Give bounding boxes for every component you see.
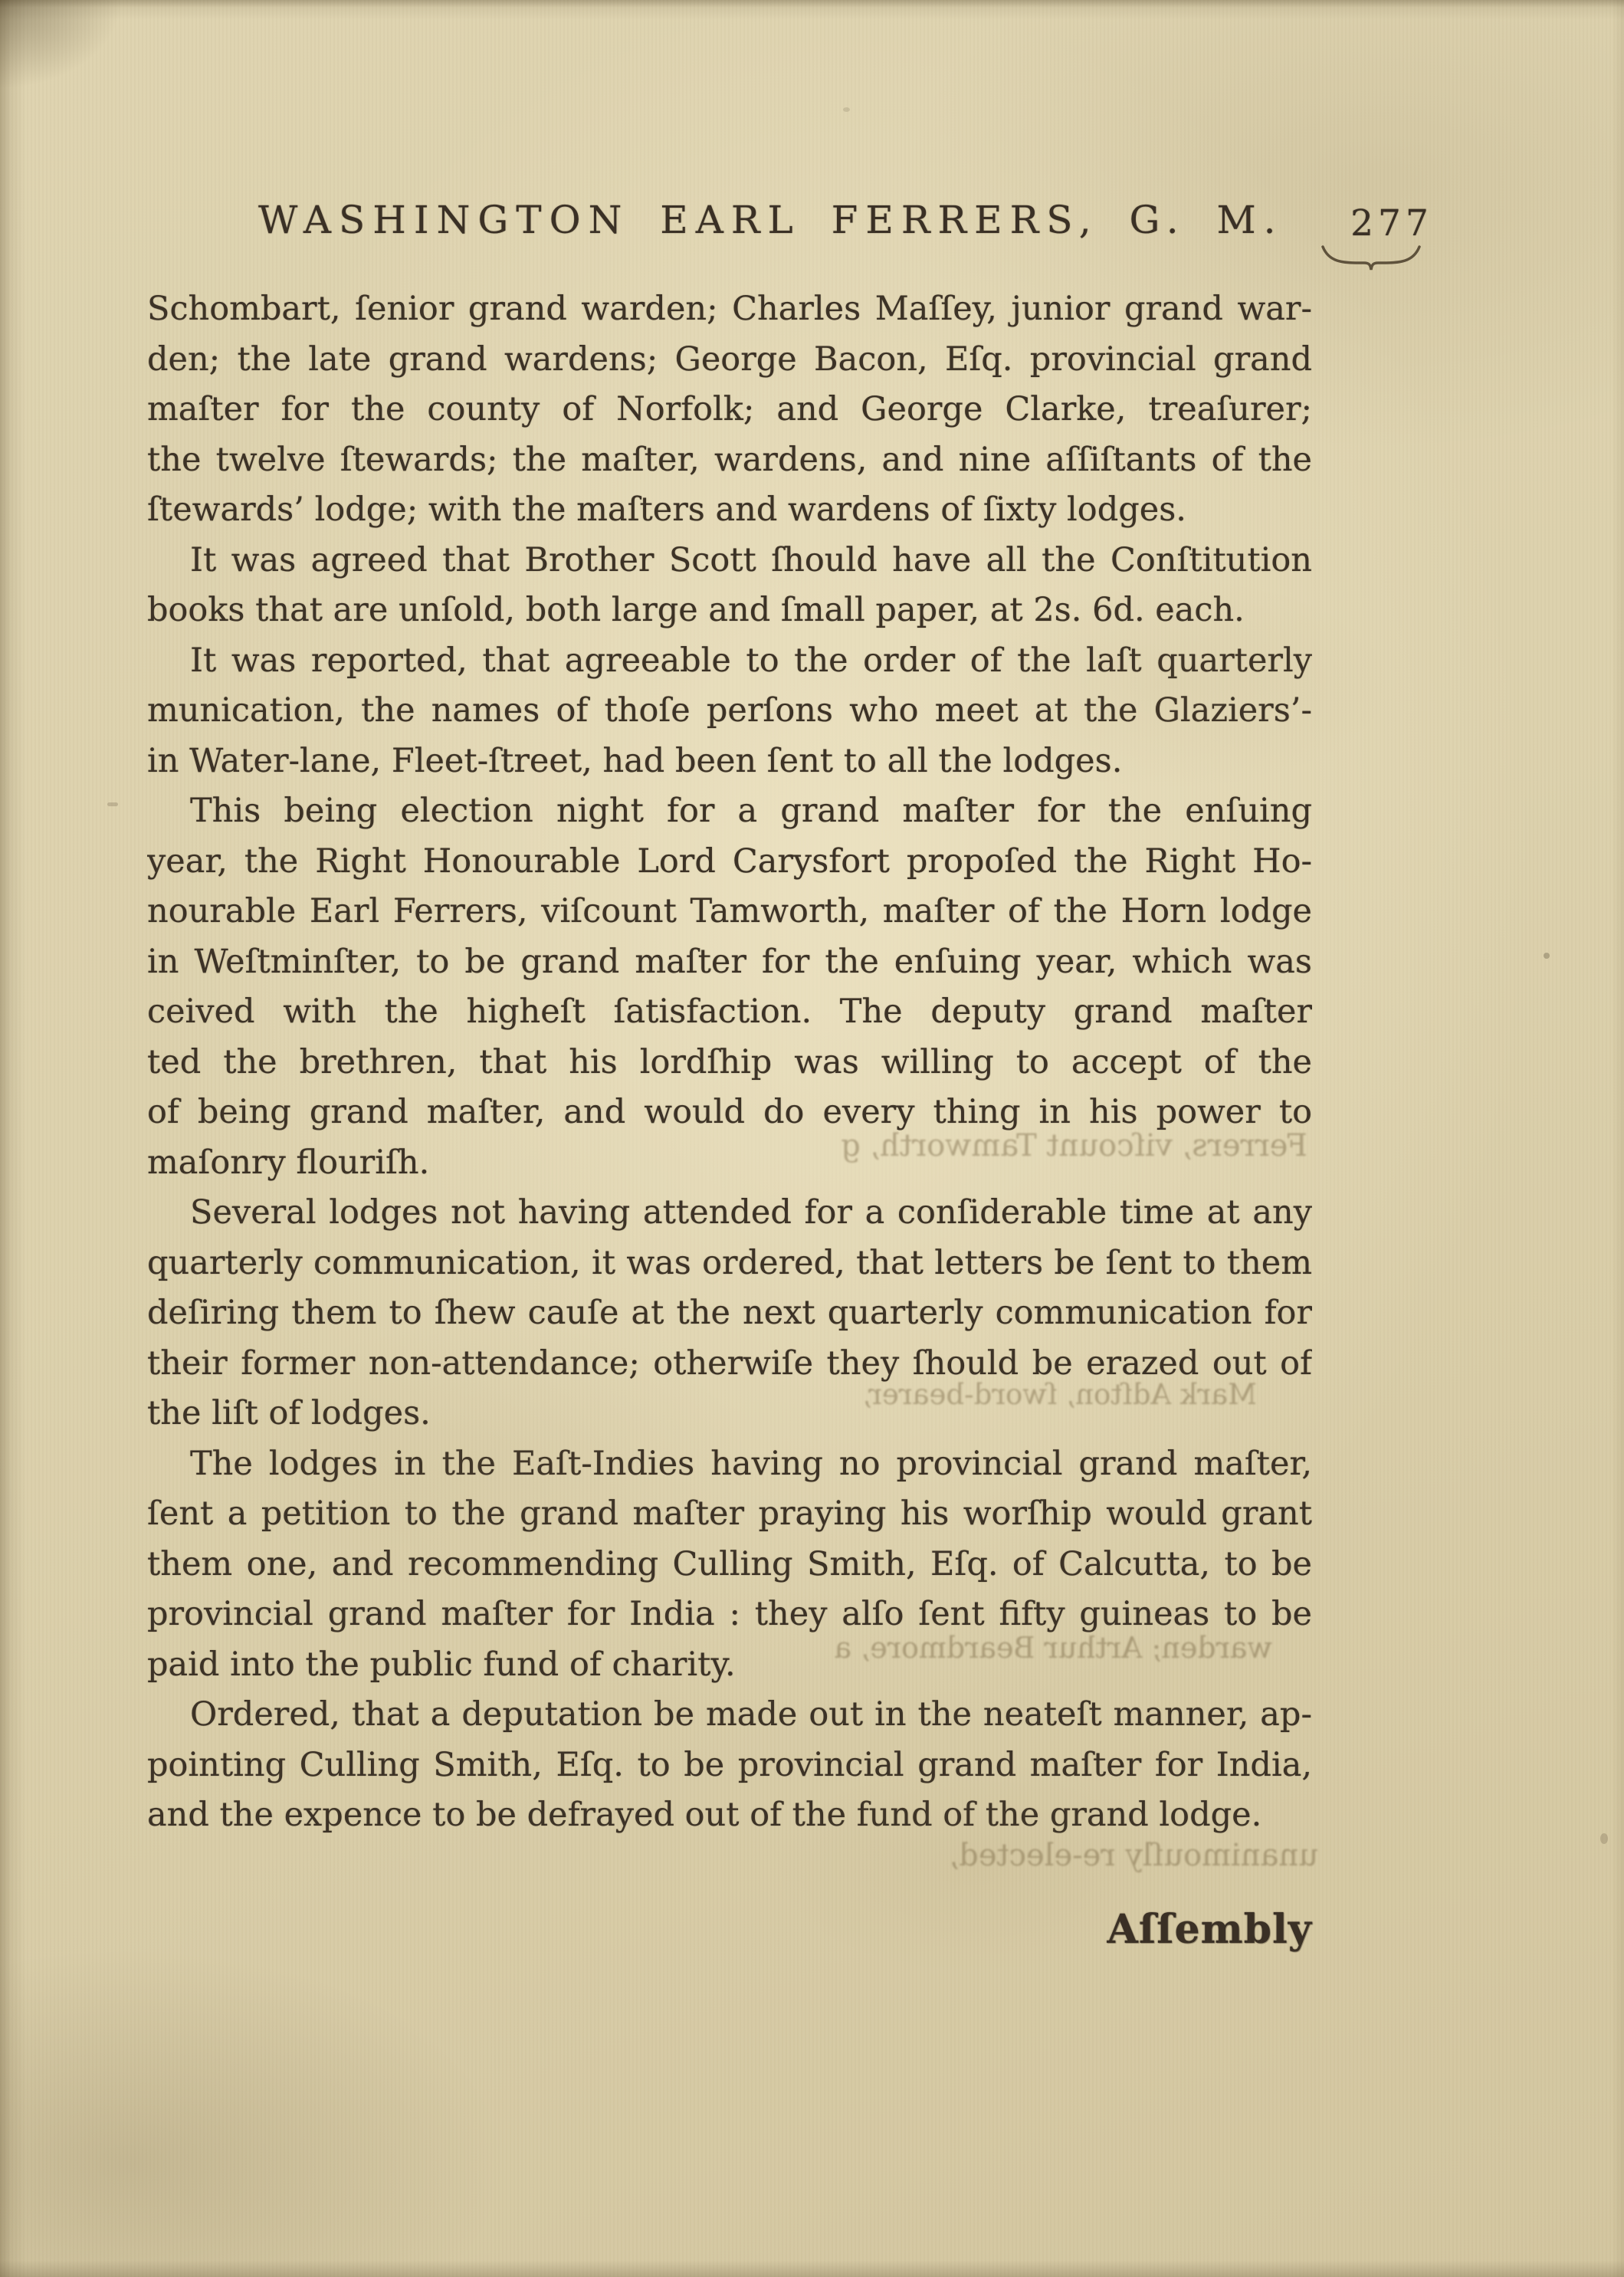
bleedthrough-text: Ferrers, viſcount Tamworth, g bbox=[766, 1128, 1307, 1163]
ink-speck bbox=[1600, 1833, 1608, 1844]
text-line: the twelve ſtewards; the maſter, wardens… bbox=[147, 435, 1312, 486]
text-line: It was reported, that agreeable to the o… bbox=[147, 636, 1312, 687]
text-line: Several lodges not having attended for a… bbox=[147, 1188, 1312, 1239]
text-line: pointing Culling Smith, Eſq. to be provi… bbox=[147, 1741, 1312, 1791]
text-line: munication, the names of thoſe perſons w… bbox=[147, 686, 1312, 737]
text-line: deſiring them to ſhew cauſe at the next … bbox=[147, 1288, 1312, 1339]
text-line: Schombart, ſenior grand warden; Charles … bbox=[147, 284, 1312, 335]
catchword: Aſſembly bbox=[914, 1906, 1312, 1953]
text-line: This being election night for a grand ma… bbox=[147, 786, 1312, 837]
bleedthrough-text: warden; Arthur Beardmore, a bbox=[820, 1631, 1272, 1665]
page-number: 277 bbox=[1346, 202, 1438, 244]
text-line: year, the Right Honourable Lord Carysfor… bbox=[147, 837, 1312, 888]
text-line: ſent a petition to the grand maſter pray… bbox=[147, 1489, 1312, 1540]
bleedthrough-text: Mark Adſton, ſword-bearer, bbox=[828, 1378, 1257, 1411]
running-header-title: WASHINGTON EARL FERRERS, G. M. bbox=[258, 198, 1284, 242]
text-line: in Water-lane, Fleet-ſtreet, had been ſe… bbox=[147, 737, 1312, 787]
corner-shadow bbox=[0, 0, 184, 153]
bleedthrough-text: unanimouſly re-elected, bbox=[950, 1838, 1318, 1873]
body-text-block: Schombart, ſenior grand warden; Charles … bbox=[147, 284, 1312, 1841]
text-line: nourable Earl Ferrers, viſcount Tamworth… bbox=[147, 887, 1312, 937]
text-line: It was agreed that Brother Scott ſhould … bbox=[147, 536, 1312, 586]
text-line: ceived with the higheſt ſatisfaction. Th… bbox=[147, 987, 1312, 1038]
text-line: den; the late grand wardens; George Baco… bbox=[147, 335, 1312, 386]
text-line: ted the brethren, that his lordſhip was … bbox=[147, 1038, 1312, 1088]
text-line: maſter for the county of Norfolk; and Ge… bbox=[147, 385, 1312, 435]
text-line: The lodges in the Eaſt-Indies having no … bbox=[147, 1439, 1312, 1490]
page-number-brace-ornament bbox=[1320, 244, 1422, 274]
ink-speck bbox=[843, 107, 850, 112]
text-line: Ordered, that a deputation be made out i… bbox=[147, 1690, 1312, 1741]
ink-speck bbox=[107, 802, 118, 806]
text-line: in Weſtminſter, to be grand maſter for t… bbox=[147, 937, 1312, 988]
text-line: them one, and recommending Culling Smith… bbox=[147, 1540, 1312, 1590]
text-line: quarterly communication, it was ordered,… bbox=[147, 1239, 1312, 1289]
text-line: ſtewards’ lodge; with the maſters and wa… bbox=[147, 485, 1312, 536]
book-page: WASHINGTON EARL FERRERS, G. M. 277 Schom… bbox=[0, 0, 1624, 2277]
text-line: books that are unſold, both large and ſm… bbox=[147, 586, 1312, 636]
text-line: and the expence to be defrayed out of th… bbox=[147, 1790, 1312, 1841]
ink-speck bbox=[1544, 953, 1550, 959]
